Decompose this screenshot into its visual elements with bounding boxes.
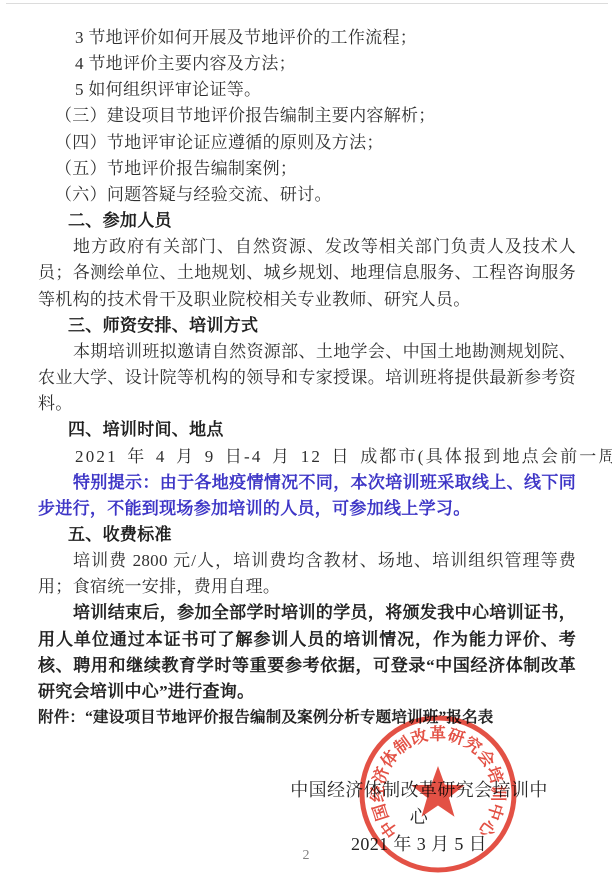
agenda-item: （五）节地评价报告编制案例； xyxy=(38,156,576,182)
signature-block: 中国经济体制改革研究会培训中心 2021 年 3 月 5 日 xyxy=(288,777,550,858)
schedule-line: 2021 年 4 月 9 日-4 月 12 日 成都市(具体报到地点会前一周另行… xyxy=(38,444,576,470)
agenda-item: （六）问题答疑与经验交流、研讨。 xyxy=(38,182,576,208)
section-heading-faculty: 三、师资安排、培训方式 xyxy=(38,313,576,339)
agenda-item: （四）节地评审论证应遵循的原则及方法； xyxy=(38,130,576,156)
attachment-line: 附件：“建设项目节地评价报告编制及案例分析专题培训班”报名表 xyxy=(38,705,576,731)
faculty-paragraph: 本期培训班拟邀请自然资源部、土地学会、中国土地勘测规划院、农业大学、设计院等机构… xyxy=(38,339,576,417)
document-body: 3 节地评价如何开展及节地评价的工作流程； 4 节地评价主要内容及方法； 5 如… xyxy=(0,0,612,731)
agenda-item: 3 节地评价如何开展及节地评价的工作流程； xyxy=(38,25,576,51)
page-number: 2 xyxy=(0,848,612,864)
certificate-paragraph: 培训结束后，参加全部学时培训的学员，将颁发我中心培训证书，用人单位通过本证书可了… xyxy=(38,600,576,705)
agenda-item: （三）建设项目节地评价报告编制主要内容解析； xyxy=(38,103,576,129)
section-heading-fees: 五、收费标准 xyxy=(38,522,576,548)
signature-org: 中国经济体制改革研究会培训中心 xyxy=(288,777,550,831)
special-note: 特别提示：由于各地疫情情况不同，本次培训班采取线上、线下同步进行，不能到现场参加… xyxy=(38,470,576,522)
agenda-item: 5 如何组织评审论证等。 xyxy=(38,77,576,103)
section-heading-time-place: 四、培训时间、地点 xyxy=(38,417,576,443)
participants-paragraph: 地方政府有关部门、自然资源、发改等相关部门负责人及技术人员；各测绘单位、土地规划… xyxy=(38,234,576,312)
agenda-item: 4 节地评价主要内容及方法； xyxy=(38,51,576,77)
fee-paragraph: 培训费 2800 元/人，培训费均含教材、场地、培训组织管理等费用；食宿统一安排… xyxy=(38,548,576,600)
section-heading-participants: 二、参加人员 xyxy=(38,208,576,234)
